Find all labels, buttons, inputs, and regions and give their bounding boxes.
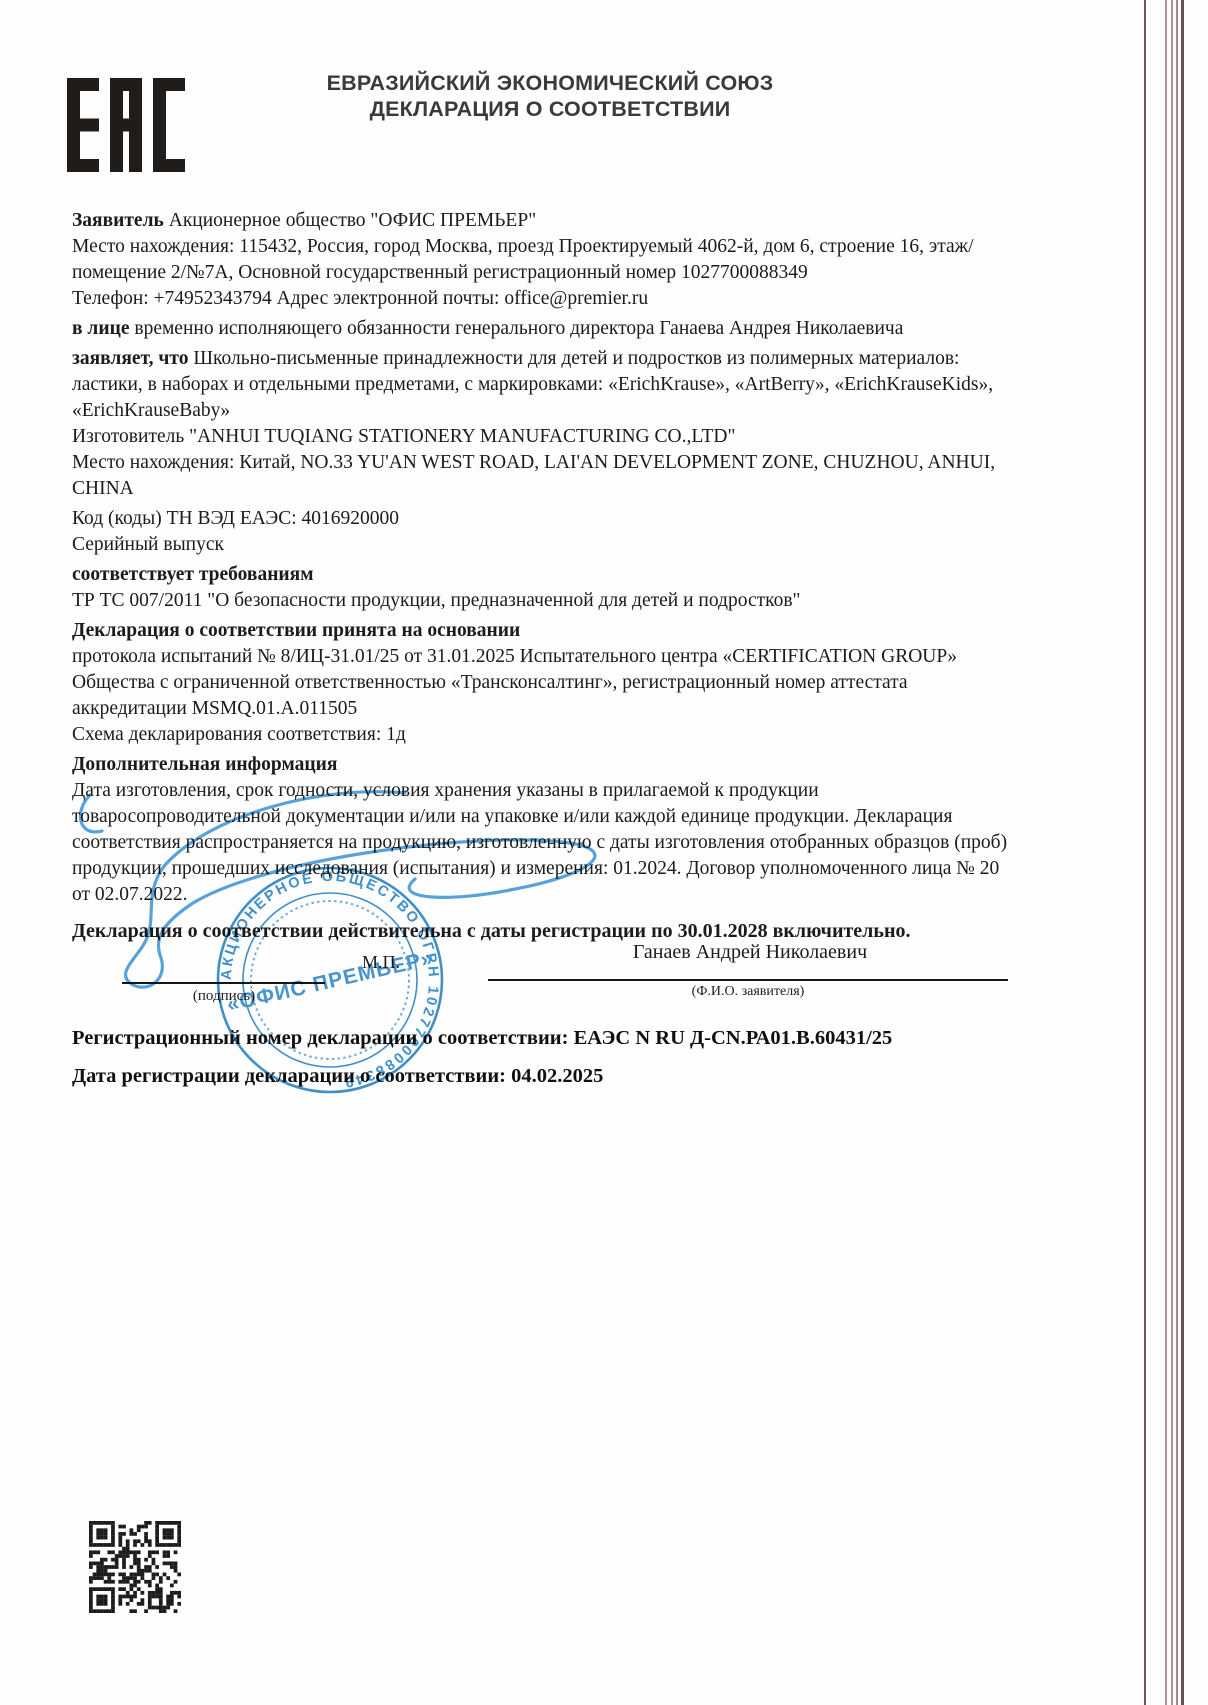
body-paragraph: заявляет, что Школьно-письменные принадл… xyxy=(72,346,1018,424)
paragraph-lead: соответствует требованиям xyxy=(72,564,314,585)
paragraph-lead: заявляет, что xyxy=(72,348,189,369)
title-union: ЕВРАЗИЙСКИЙ ЭКОНОМИЧЕСКИЙ СОЮЗ xyxy=(200,70,900,96)
registration-number-value: ЕАЭС N RU Д-CN.РА01.В.60431/25 xyxy=(574,1027,893,1049)
binding-line xyxy=(1181,0,1184,1705)
body-paragraph: в лице временно исполняющего обязанности… xyxy=(72,316,1018,342)
body-paragraph: соответствует требованиям xyxy=(72,562,1018,588)
body-paragraph: Декларация о соответствии принята на осн… xyxy=(72,618,1018,644)
paragraph-lead: Заявитель xyxy=(72,210,164,231)
document-title: ЕВРАЗИЙСКИЙ ЭКОНОМИЧЕСКИЙ СОЮЗ ДЕКЛАРАЦИ… xyxy=(200,70,900,122)
body-paragraph: Изготовитель "ANHUI TUQIANG STATIONERY M… xyxy=(72,424,1018,450)
registration-date-value: 04.02.2025 xyxy=(511,1065,603,1087)
title-declaration: ДЕКЛАРАЦИЯ О СООТВЕТСТВИИ xyxy=(200,96,900,122)
body-paragraph: Серийный выпуск xyxy=(72,532,1018,558)
paragraph-lead: Декларация о соответствии принята на осн… xyxy=(72,620,520,641)
body-paragraph: Место нахождения: 115432, Россия, город … xyxy=(72,234,1018,286)
declaration-document: ЕВРАЗИЙСКИЙ ЭКОНОМИЧЕСКИЙ СОЮЗ ДЕКЛАРАЦИ… xyxy=(0,0,1208,1705)
body-paragraph: Код (коды) ТН ВЭД ЕАЭС: 4016920000 xyxy=(72,506,1018,532)
body-paragraph: Телефон: +74952343794 Адрес электронной … xyxy=(72,286,1018,312)
body-paragraph: протокола испытаний № 8/ИЦ-31.01/25 от 3… xyxy=(72,644,1018,722)
eac-logo xyxy=(67,78,185,172)
handwritten-signature xyxy=(60,775,640,1025)
body-paragraph: ТР ТС 007/2011 "О безопасности продукции… xyxy=(72,588,1018,614)
binding-line xyxy=(1176,0,1178,1705)
body-paragraph: Схема декларирования соответствия: 1д xyxy=(72,722,1018,748)
registration-number-line: Регистрационный номер декларации о соотв… xyxy=(72,1027,892,1050)
body-paragraph: Заявитель Акционерное общество "ОФИС ПРЕ… xyxy=(72,208,1018,234)
qr-code xyxy=(89,1521,181,1613)
body-paragraph: Место нахождения: Китай, NO.33 YU'AN WES… xyxy=(72,450,1018,502)
binding-line xyxy=(1144,0,1146,1705)
binding-line xyxy=(1171,0,1173,1705)
paragraph-lead: Дополнительная информация xyxy=(72,754,337,775)
paragraph-lead: в лице xyxy=(72,318,129,339)
binding-line xyxy=(1165,0,1167,1705)
